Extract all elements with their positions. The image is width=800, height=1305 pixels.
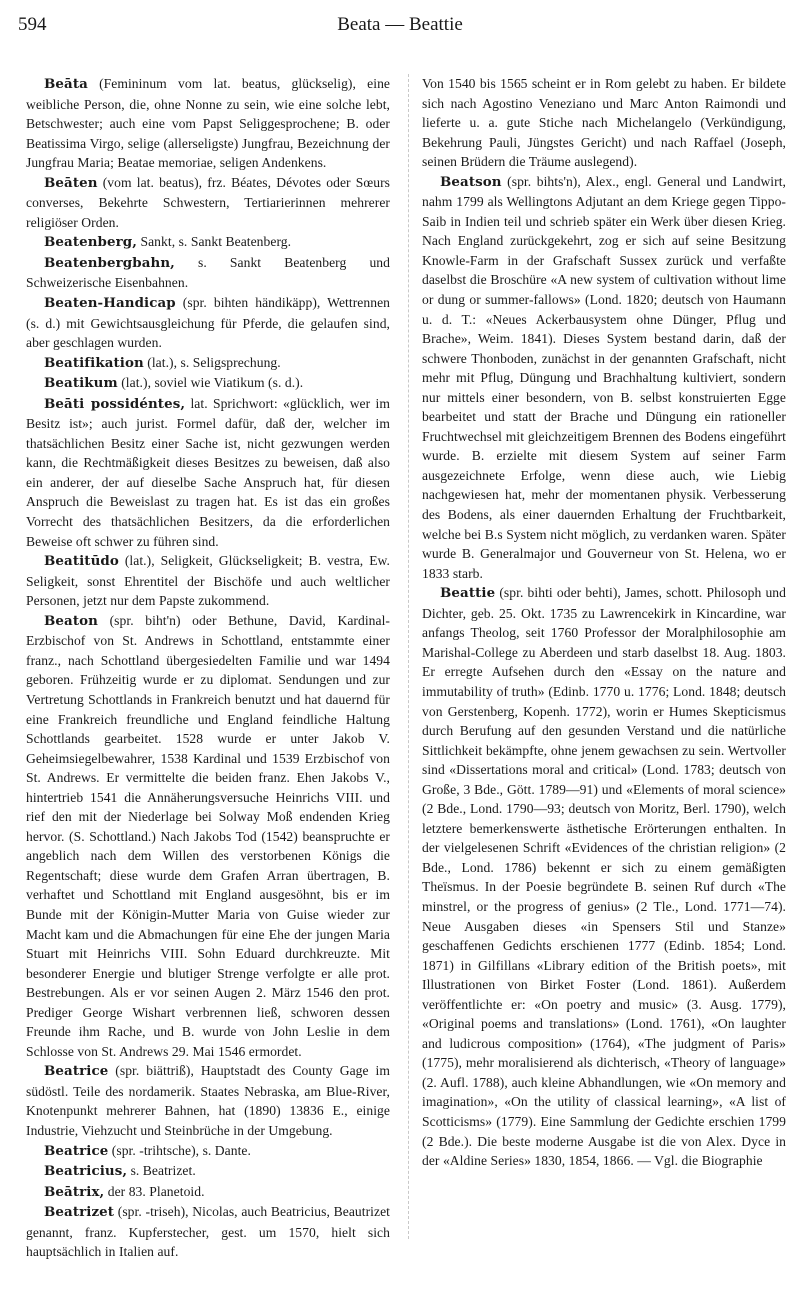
entry-beati-possidentes: Beāti possidéntes, lat. Sprichwort: «glü… bbox=[26, 394, 390, 551]
entry-beatrix: Beātrix, der 83. Planetoid. bbox=[26, 1182, 390, 1203]
headword: Beatifikation bbox=[44, 355, 144, 371]
headword: Beatitūdo bbox=[44, 553, 119, 569]
headword: Beatricius, bbox=[44, 1163, 127, 1179]
entry-beaten-handicap: Beaten-Handicap (spr. bihten händikäpp),… bbox=[26, 293, 390, 353]
entry-beata: Beāta (Femininum vom lat. beatus, glücks… bbox=[26, 74, 390, 173]
entry-text: der 83. Planetoid. bbox=[104, 1184, 204, 1199]
headword: Beāti possidéntes, bbox=[44, 396, 185, 412]
entry-beatitudo: Beatitūdo (lat.), Seligkeit, Glückseligk… bbox=[26, 551, 390, 611]
entry-text: (spr. -trihtsche), s. Dante. bbox=[108, 1143, 251, 1158]
headword: Beatson bbox=[440, 174, 502, 190]
headword: Beatrice bbox=[44, 1143, 108, 1159]
entry-text: (spr. bihts'n), Alex., engl. General und… bbox=[422, 174, 786, 581]
entry-beatson: Beatson (spr. bihts'n), Alex., engl. Gen… bbox=[422, 172, 786, 583]
right-column: Von 1540 bis 1565 scheint er in Rom gele… bbox=[422, 74, 786, 1289]
entry-text: (lat.), s. Seligsprechung. bbox=[144, 355, 281, 370]
entry-beatikum: Beatikum (lat.), soviel wie Viatikum (s.… bbox=[26, 373, 390, 394]
entry-text: s. Beatrizet. bbox=[127, 1163, 196, 1178]
headword: Beaton bbox=[44, 613, 98, 629]
entry-text: (spr. biht'n) oder Bethune, David, Kardi… bbox=[26, 613, 390, 1059]
entry-beatifikation: Beatifikation (lat.), s. Seligsprechung. bbox=[26, 353, 390, 374]
entry-beatrizet-continuation: Von 1540 bis 1565 scheint er in Rom gele… bbox=[422, 74, 786, 172]
column-divider bbox=[408, 74, 409, 1239]
headword: Beatenberg, bbox=[44, 234, 137, 250]
entry-beatenbergbahn: Beatenbergbahn, s. Sankt Beatenberg und … bbox=[26, 253, 390, 293]
headword: Beāta bbox=[44, 76, 88, 92]
entry-beatricius: Beatricius, s. Beatrizet. bbox=[26, 1161, 390, 1182]
entry-text: (spr. bihti oder behti), James, schott. … bbox=[422, 585, 786, 1168]
entry-beatrizet: Beatrizet (spr. -triseh), Nicolas, auch … bbox=[26, 1202, 390, 1262]
headword: Beatenbergbahn, bbox=[44, 255, 175, 271]
running-head: Beata — Beattie bbox=[0, 14, 800, 36]
entry-beatenberg: Beatenberg, Sankt, s. Sankt Beatenberg. bbox=[26, 232, 390, 253]
entry-text: Sankt, s. Sankt Beatenberg. bbox=[137, 234, 291, 249]
headword: Beatrizet bbox=[44, 1204, 114, 1220]
entry-beattie: Beattie (spr. bihti oder behti), James, … bbox=[422, 583, 786, 1170]
headword: Beatrice bbox=[44, 1063, 108, 1079]
entry-text: (lat.), soviel wie Viatikum (s. d.). bbox=[118, 375, 303, 390]
headword: Beāten bbox=[44, 175, 98, 191]
entry-beaton: Beaton (spr. biht'n) oder Bethune, David… bbox=[26, 611, 390, 1062]
entry-text: lat. Sprichwort: «glücklich, wer im Besi… bbox=[26, 396, 390, 549]
entry-text: Von 1540 bis 1565 scheint er in Rom gele… bbox=[422, 76, 786, 169]
entry-beaten: Beāten (vom lat. beatus), frz. Béates, D… bbox=[26, 173, 390, 233]
headword: Beaten-Handicap bbox=[44, 295, 176, 311]
left-column: Beāta (Femininum vom lat. beatus, glücks… bbox=[26, 74, 390, 1289]
entry-beatrice-nebraska: Beatrice (spr. biättriß), Hauptstadt des… bbox=[26, 1061, 390, 1140]
entry-beatrice-dante: Beatrice (spr. -trihtsche), s. Dante. bbox=[26, 1141, 390, 1162]
text-columns: Beāta (Femininum vom lat. beatus, glücks… bbox=[26, 74, 792, 1289]
headword: Beātrix, bbox=[44, 1184, 104, 1200]
page-header: 594 Beata — Beattie bbox=[0, 14, 800, 38]
headword: Beatikum bbox=[44, 375, 118, 391]
headword: Beattie bbox=[440, 585, 495, 601]
